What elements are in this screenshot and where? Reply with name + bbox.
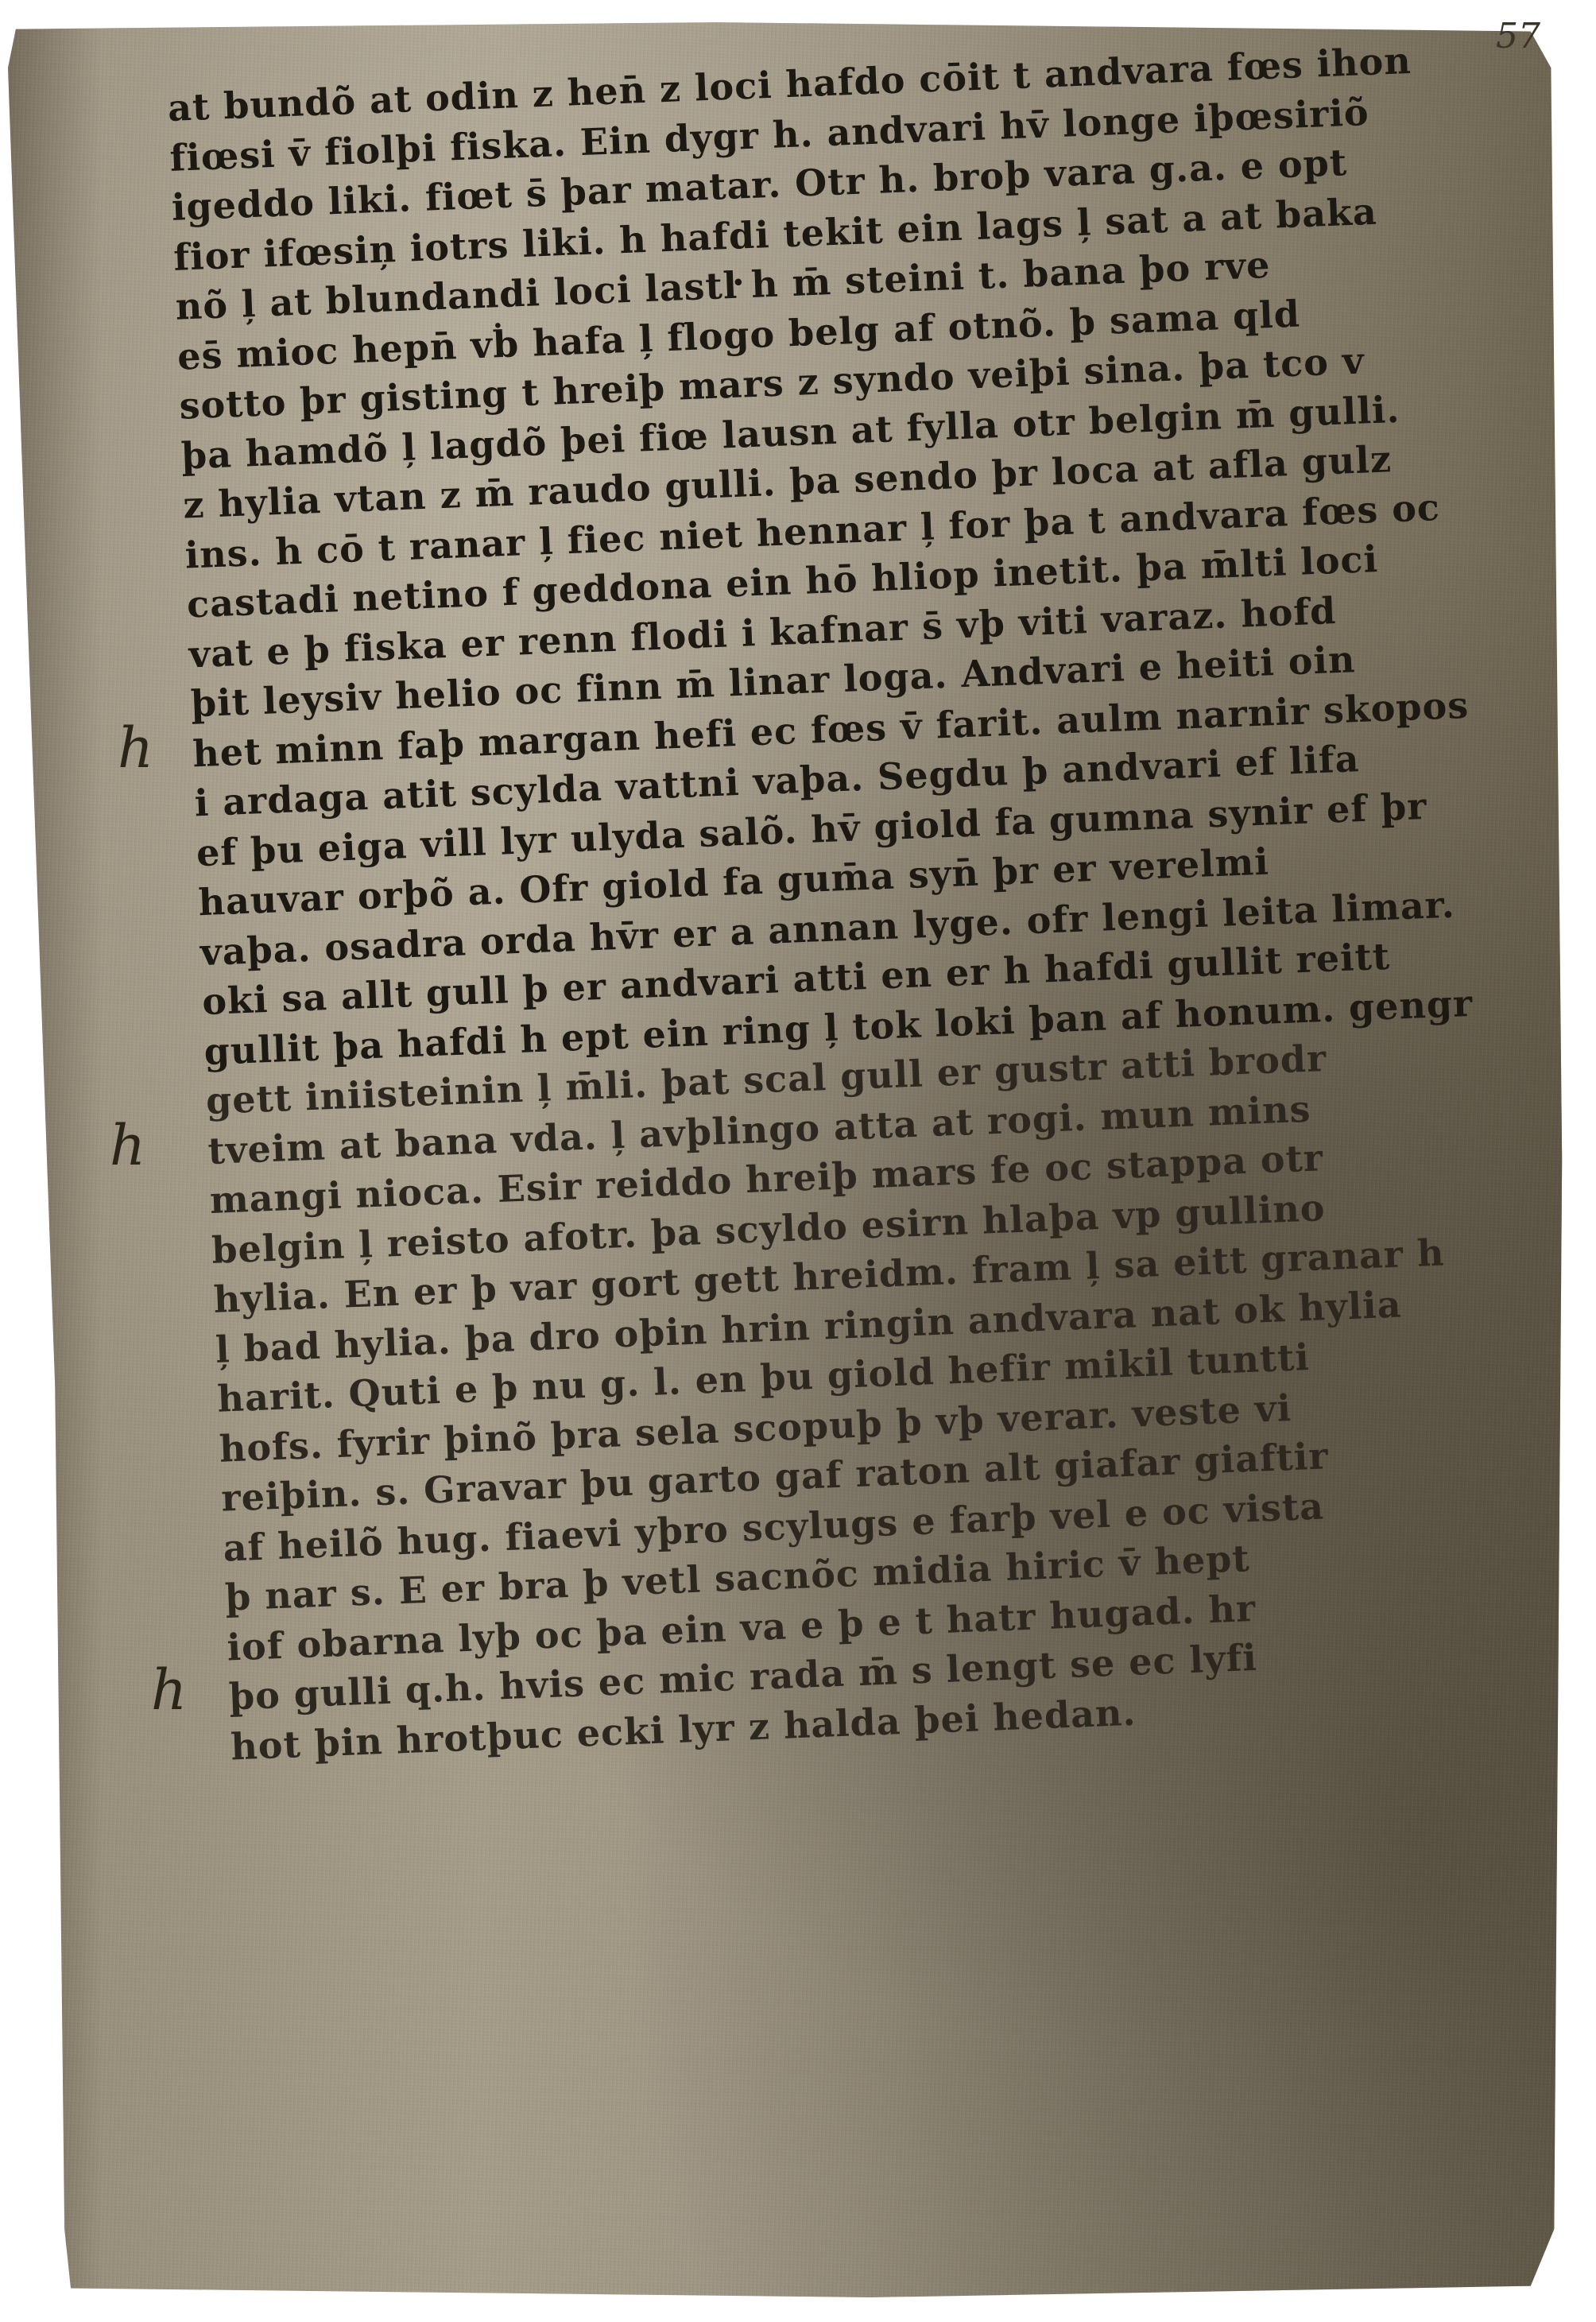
folio-number: 57 xyxy=(1496,16,1540,56)
manuscript-text-block: at bundõ at odin z hen̄ z loci hafdo cōi… xyxy=(167,34,1510,1771)
marginal-mark: h xyxy=(151,1657,187,1723)
marginal-mark: h xyxy=(118,715,153,781)
marginal-mark: h xyxy=(110,1113,145,1178)
